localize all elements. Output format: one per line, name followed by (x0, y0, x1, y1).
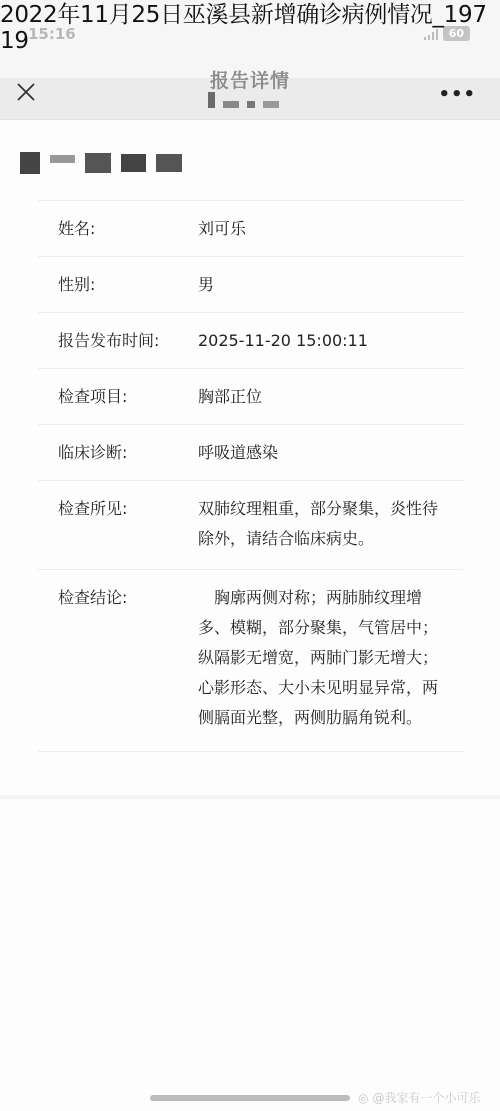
more-icon: ••• (438, 84, 476, 105)
value-report-time: 2025-11-20 15:00:11 (198, 329, 463, 353)
value-exam-item: 胸部正位 (198, 385, 463, 409)
label-diagnosis: 临床诊断: (58, 441, 198, 465)
watermark-text: @我家有一个小可乐 (372, 1089, 480, 1106)
weibo-icon: ◎ (358, 1091, 368, 1105)
value-diagnosis: 呼吸道感染 (198, 441, 463, 465)
nav-subtitle-blurred (208, 92, 279, 108)
row-exam-item: 检查项目: 胸部正位 (38, 368, 463, 424)
value-findings: 双肺纹理粗重，部分聚集，炎性待除外，请结合临床病史。 (198, 494, 463, 554)
nav-bar: 报告详情 ••• (0, 78, 500, 120)
overlay-title: 2022年11月25日巫溪县新增确诊病例情况_19719 (0, 2, 500, 56)
row-conclusion: 检查结论: 胸廓两侧对称；两肺肺纹理增多、模糊，部分聚集，气管居中；纵隔影无增宽… (38, 569, 463, 751)
label-exam-item: 检查项目: (58, 385, 198, 409)
patient-header-blurred (20, 152, 182, 174)
label-name: 姓名: (58, 217, 198, 241)
label-findings: 检查所见: (58, 497, 198, 554)
row-gender: 性别: 男 (38, 256, 463, 312)
value-conclusion: 胸廓两侧对称；两肺肺纹理增多、模糊，部分聚集，气管居中；纵隔影无增宽，两肺门影无… (198, 583, 463, 733)
watermark: ◎ @我家有一个小可乐 (358, 1089, 481, 1106)
page-title: 报告详情 (0, 66, 500, 93)
report-card: 姓名: 刘可乐 性别: 男 报告发布时间: 2025-11-20 15:00:1… (38, 200, 463, 752)
value-name: 刘可乐 (198, 217, 463, 241)
more-button[interactable]: ••• (438, 84, 476, 105)
home-indicator[interactable] (150, 1095, 350, 1101)
row-report-time: 报告发布时间: 2025-11-20 15:00:11 (38, 312, 463, 368)
section-divider (0, 795, 500, 799)
label-report-time: 报告发布时间: (58, 329, 198, 353)
label-gender: 性别: (58, 273, 198, 297)
row-diagnosis: 临床诊断: 呼吸道感染 (38, 424, 463, 480)
label-conclusion: 检查结论: (58, 586, 198, 733)
row-name: 姓名: 刘可乐 (38, 200, 463, 256)
card-divider (38, 751, 463, 752)
value-gender: 男 (198, 273, 463, 297)
row-findings: 检查所见: 双肺纹理粗重，部分聚集，炎性待除外，请结合临床病史。 (38, 480, 463, 569)
